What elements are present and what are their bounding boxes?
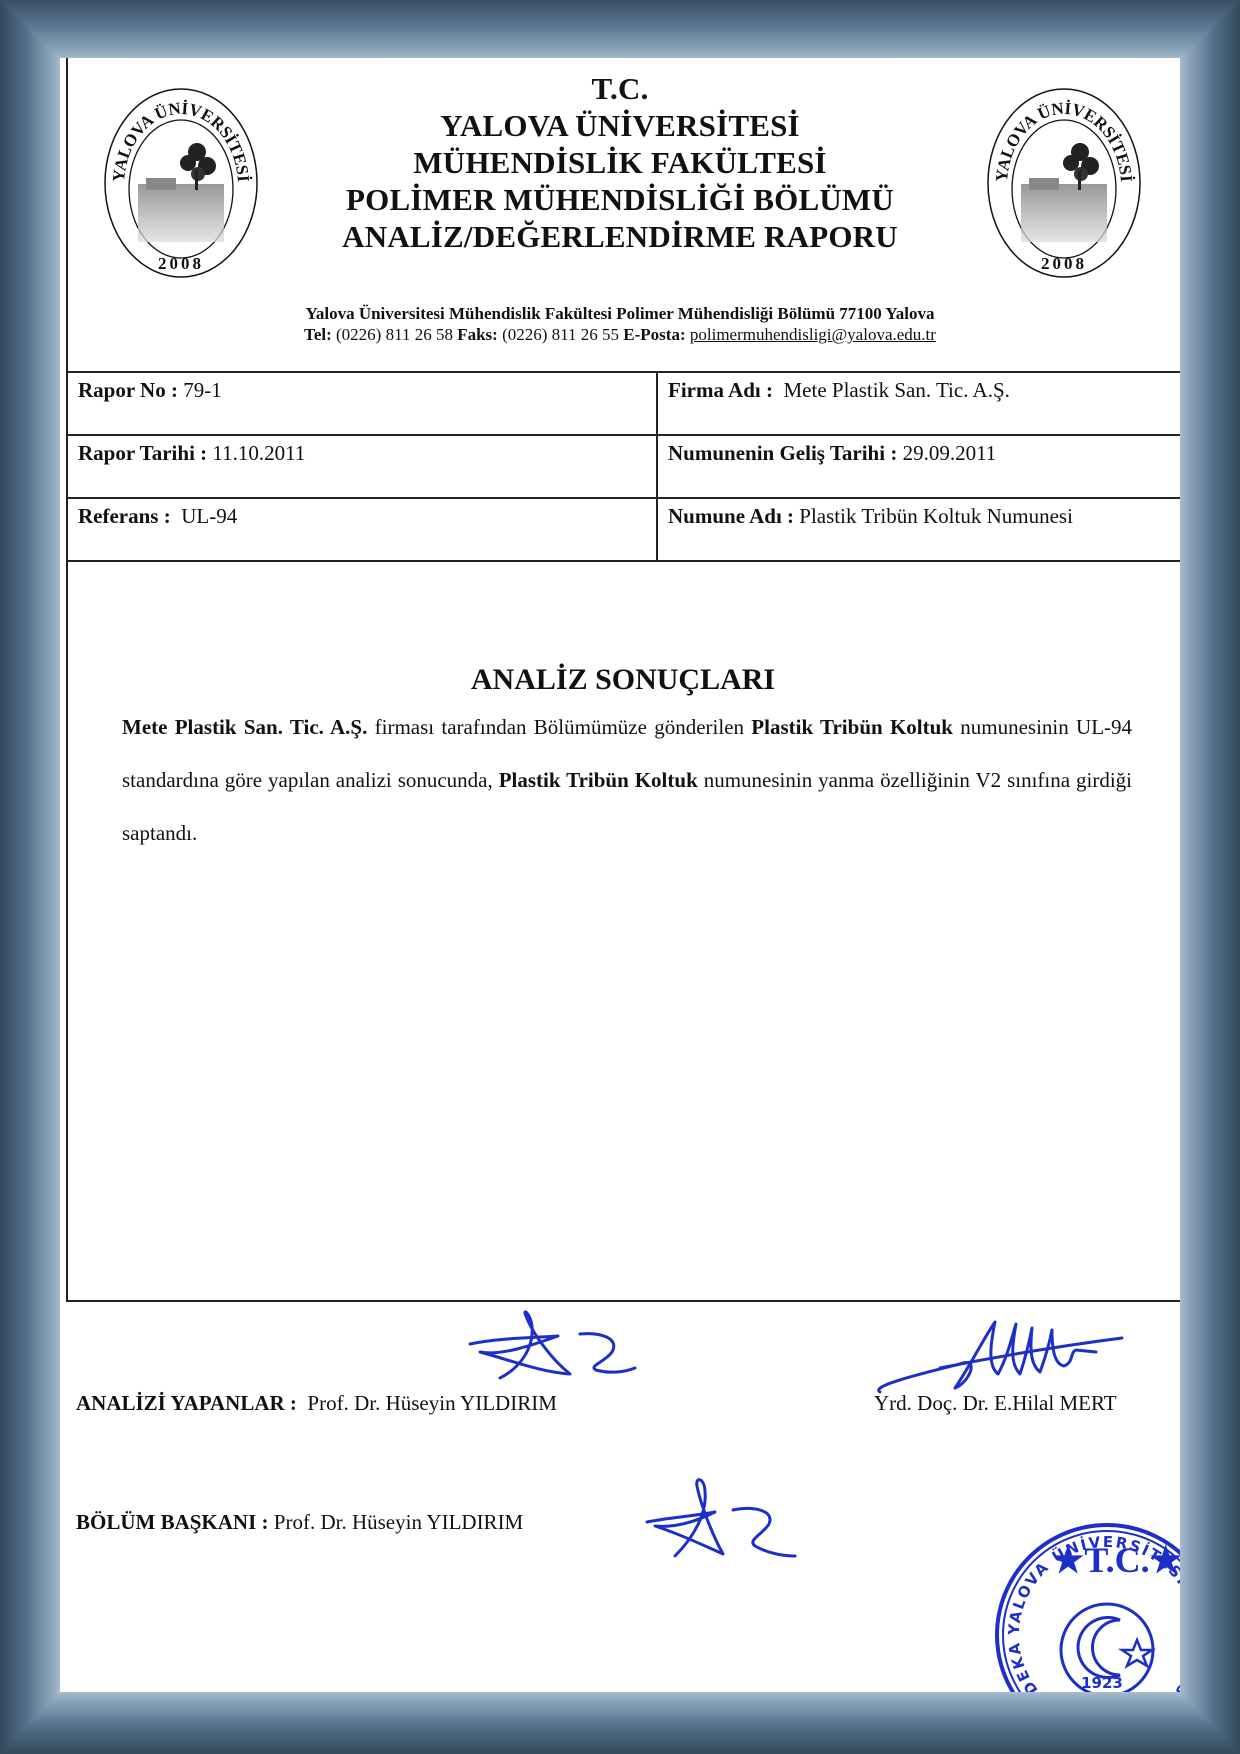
report-info-table: Rapor No : 79-1 Firma Adı : Mete Plastik…	[66, 371, 1180, 562]
university-logo-right: YALOVA ÜNİVERSİTESİ 2008	[985, 86, 1143, 280]
table-row: Rapor Tarihi : 11.10.2011 Numunenin Geli…	[67, 435, 1180, 498]
frame-left	[0, 0, 60, 1754]
analysts-row: ANALİZİ YAPANLAR : Prof. Dr. Hüseyin YIL…	[76, 1391, 557, 1416]
svg-text:★T.C.★: ★T.C.★	[1052, 1540, 1180, 1580]
report-page: YALOVA ÜNİVERSİTESİ 2008 T.C. YALOVA ÜNİ…	[60, 58, 1180, 1692]
tel-label: Tel:	[304, 325, 332, 344]
analyst-2-name: Yrd. Doç. Dr. E.Hilal MERT	[874, 1391, 1117, 1416]
title-line-department: POLİMER MÜHENDİSLİĞİ BÖLÜMÜ	[260, 181, 980, 218]
frame-top	[0, 0, 1240, 60]
department-head-label: BÖLÜM BAŞKANI :	[76, 1510, 269, 1534]
signature-analyst-2	[860, 1316, 1130, 1401]
title-line-faculty: MÜHENDİSLİK FAKÜLTESİ	[260, 144, 980, 181]
official-seal-icon: YALOVA ÜNİVERSİTESİ MÜHENDİSLİK FAKÜLTES…	[992, 1520, 1180, 1692]
frame-right	[1180, 0, 1240, 1754]
department-head-name: Prof. Dr. Hüseyin YILDIRIM	[274, 1510, 523, 1534]
handwritten-signature-icon	[645, 1476, 805, 1566]
department-head-row: BÖLÜM BAŞKANI : Prof. Dr. Hüseyin YILDIR…	[76, 1510, 523, 1535]
results-title: ANALİZ SONUÇLARI	[66, 663, 1180, 697]
handwritten-signature-icon	[460, 1308, 640, 1388]
analysts-label: ANALİZİ YAPANLAR :	[76, 1391, 297, 1415]
title-line-report-type: ANALİZ/DEĞERLENDİRME RAPORU	[260, 218, 980, 255]
university-logo-left: YALOVA ÜNİVERSİTESİ 2008	[102, 86, 260, 280]
results-paragraph: Mete Plastik San. Tic. A.Ş. firması tara…	[122, 701, 1132, 860]
analyst-1-name: Prof. Dr. Hüseyin YILDIRIM	[307, 1391, 556, 1415]
report-no-cell: Rapor No : 79-1	[67, 372, 657, 435]
address-line: Yalova Üniversitesi Mühendislik Fakültes…	[180, 303, 1060, 324]
contact-line: Tel: (0226) 811 26 58 Faks: (0226) 811 2…	[180, 324, 1060, 345]
frame-bottom	[0, 1692, 1240, 1754]
university-emblem-icon: YALOVA ÜNİVERSİTESİ 2008	[985, 86, 1143, 280]
email-label: E-Posta:	[623, 325, 685, 344]
signature-analyst-1	[460, 1308, 640, 1393]
tel-value: (0226) 811 26 58	[336, 325, 453, 344]
svg-text:2008: 2008	[158, 254, 204, 273]
signature-department-head	[645, 1476, 805, 1571]
title-line-tc: T.C.	[260, 70, 980, 107]
fax-label: Faks:	[457, 325, 498, 344]
analysis-results-section: ANALİZ SONUÇLARI Mete Plastik San. Tic. …	[66, 551, 1180, 1302]
university-emblem-icon: YALOVA ÜNİVERSİTESİ 2008	[102, 86, 260, 280]
fax-value: (0226) 811 26 55	[502, 325, 619, 344]
sample-arrival-date-cell: Numunenin Geliş Tarihi : 29.09.2011	[657, 435, 1180, 498]
email-link[interactable]: polimermuhendisligi@yalova.edu.tr	[690, 325, 936, 344]
table-row: Rapor No : 79-1 Firma Adı : Mete Plastik…	[67, 372, 1180, 435]
report-title-block: T.C. YALOVA ÜNİVERSİTESİ MÜHENDİSLİK FAK…	[260, 70, 980, 255]
official-stamp: YALOVA ÜNİVERSİTESİ MÜHENDİSLİK FAKÜLTES…	[992, 1520, 1180, 1692]
svg-text:2008: 2008	[1041, 254, 1087, 273]
company-name-cell: Firma Adı : Mete Plastik San. Tic. A.Ş.	[657, 372, 1180, 435]
handwritten-signature-icon	[860, 1316, 1130, 1396]
report-date-cell: Rapor Tarihi : 11.10.2011	[67, 435, 657, 498]
title-line-university: YALOVA ÜNİVERSİTESİ	[260, 107, 980, 144]
contact-info: Yalova Üniversitesi Mühendislik Fakültes…	[180, 303, 1060, 345]
svg-text:1923: 1923	[1081, 1674, 1123, 1692]
